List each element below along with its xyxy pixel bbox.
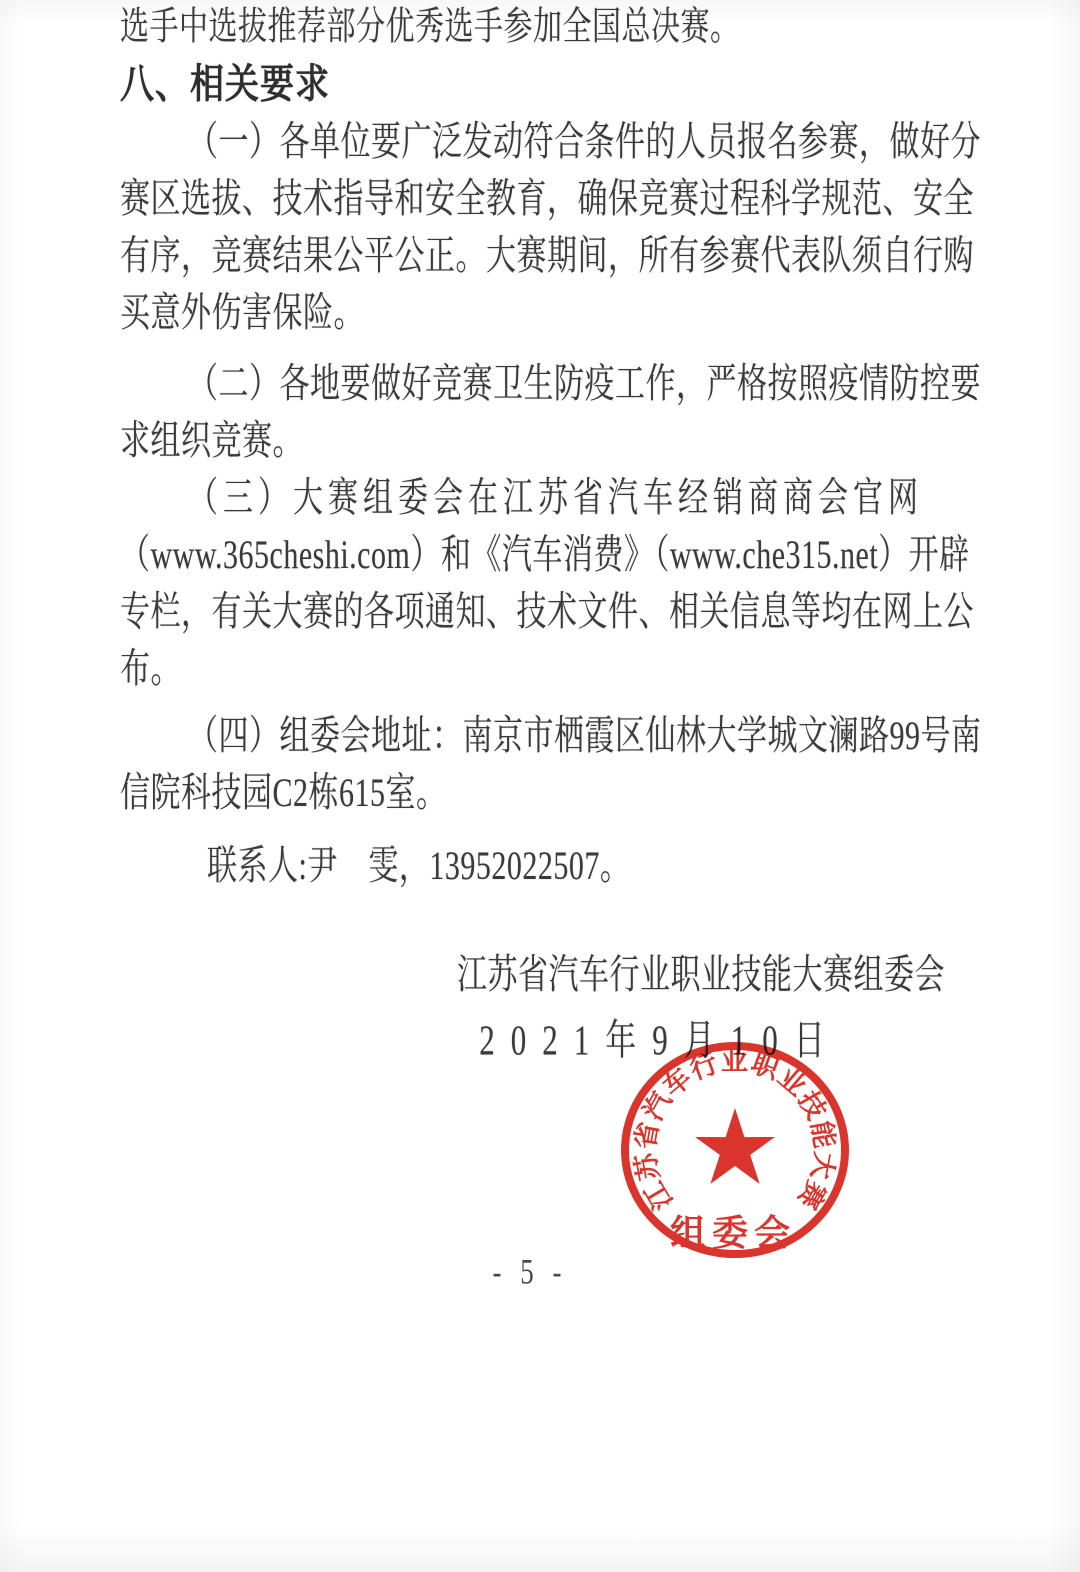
- paragraph-3-line-4-text: 布。: [120, 631, 181, 708]
- contact-line-text: 联系人:尹 雯，13952022507。: [207, 828, 630, 905]
- paragraph-2: （二）各地要做好竞赛卫生防疫工作，严格按照疫情防控要 求组织竞赛。: [120, 356, 980, 470]
- seal-star-icon: [695, 1108, 775, 1184]
- page-number-text: - 5 -: [493, 1234, 568, 1311]
- seal-bottom-text: 组委会: [670, 1213, 796, 1253]
- paragraph-1-line-4-text: 买意外伤害保险。: [120, 275, 364, 352]
- document-page: 选手中选拔推荐部分优秀选手参加全国总决赛。 八、相关要求 （一）各单位要广泛发动…: [0, 0, 1080, 1572]
- contact-paragraph: 联系人:尹 雯，13952022507。: [120, 838, 980, 895]
- paragraph-3: （三）大赛组委会在江苏省汽车经销商商会官网 （www.365cheshi.com…: [120, 470, 980, 698]
- contact-line: 联系人:尹 雯，13952022507。: [120, 838, 980, 895]
- intro-line: 选手中选拔推荐部分优秀选手参加全国总决赛。: [120, 0, 980, 57]
- paragraph-1: （一）各单位要广泛发动符合条件的人员报名参赛，做好分 赛区选拔、技术指导和安全教…: [120, 114, 980, 342]
- paragraph-4-line-2-text: 信院科技园C2栋615室。: [120, 755, 447, 832]
- official-seal-graphic: 江苏省汽车行业职业技能大赛 组委会: [605, 1025, 865, 1275]
- signature-line: 江苏省汽车行业职业技能大赛组委会: [120, 947, 980, 1004]
- paragraph-2-line-1-text: （二）各地要做好竞赛卫生防疫工作，严格按照疫情防控要: [188, 346, 981, 423]
- intro-paragraph: 选手中选拔推荐部分优秀选手参加全国总决赛。: [120, 0, 980, 57]
- official-seal: 江苏省汽车行业职业技能大赛 组委会: [605, 1025, 865, 1275]
- paragraph-3-line-3-text: 专栏，有关大赛的各项通知、技术文件、相关信息等均在网上公: [120, 574, 974, 651]
- paragraph-4: （四）组委会地址：南京市栖霞区仙林大学城文澜路99号南 信院科技园C2栋615室…: [120, 708, 980, 822]
- paragraph-3-line-3: 专栏，有关大赛的各项通知、技术文件、相关信息等均在网上公: [120, 584, 980, 641]
- signature-block: 江苏省汽车行业职业技能大赛组委会: [120, 947, 980, 1004]
